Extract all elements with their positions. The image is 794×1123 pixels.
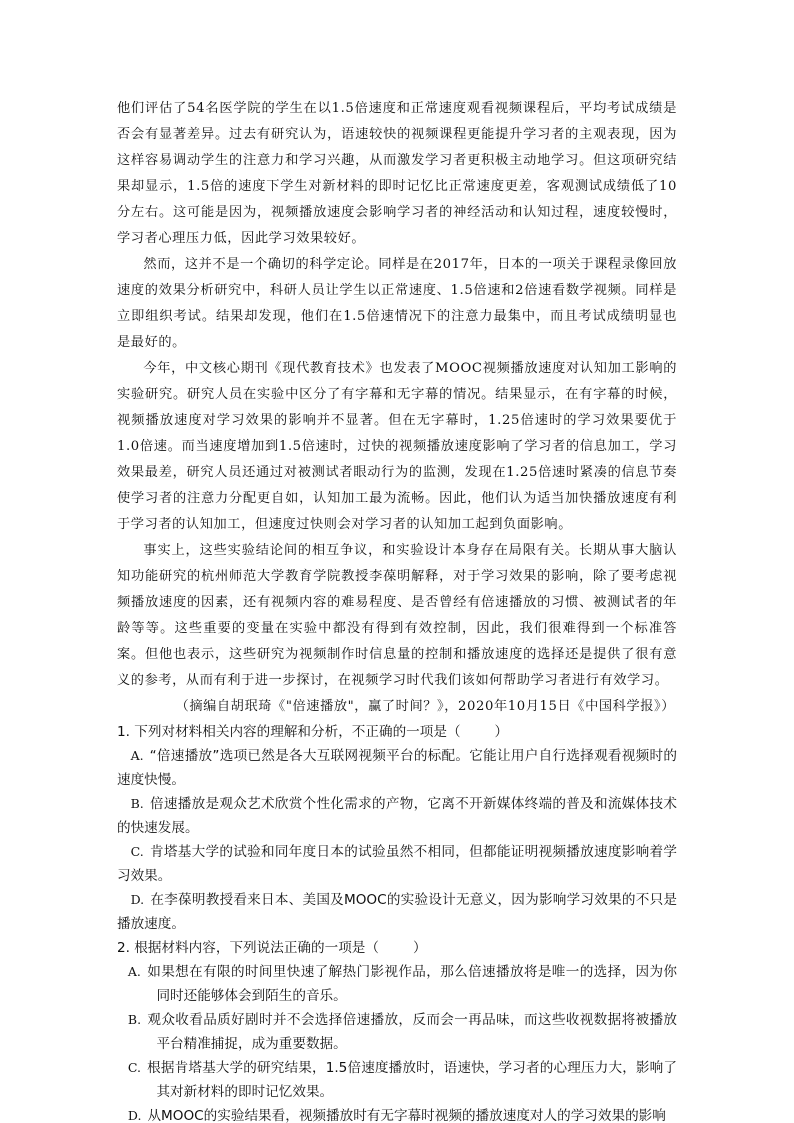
option-text: 肯塔基大学的试验和同年度日本的试验虽然不相同，但都能证明视频播放速度影响着学习效… xyxy=(117,844,677,884)
option-a: A.“倍速播放”选项已然是各大互联网视频平台的标配。它能让用户自行选择观看视频时… xyxy=(117,744,677,792)
questions-section: 1. 下列对材料相关内容的理解和分析，不正确的一项是（） A.“倍速播放”选项已… xyxy=(117,720,677,1123)
document-page: 他们评估了54名医学院的学生在以1.5倍速度和正常速度观看视频课程后，平均考试成… xyxy=(117,96,677,1123)
option-text: 在李葆明教授看来日本、美国及MOOC的实验设计无意义，因为影响学习效果的不只是播… xyxy=(117,892,677,932)
option-label: D. xyxy=(131,892,145,907)
option-label: B. xyxy=(131,796,144,811)
option-label: C. xyxy=(128,1060,141,1075)
option-d: D.在李葆明教授看来日本、美国及MOOC的实验设计无意义，因为影响学习效果的不只… xyxy=(117,888,677,936)
option-text: 倍速播放是观众艺术欣赏个性化需求的产物，它离不开新媒体终端的普及和流媒体技术的快… xyxy=(117,796,677,836)
option-c: C.根据肯塔基大学的研究结果，1.5倍速度播放时，语速快，学习者的心理压力大，影… xyxy=(117,1056,677,1104)
option-label: D. xyxy=(128,1108,142,1123)
option-b: B.观众收看品质好剧时并不会选择倍速播放，反而会一再品味，而这些收视数据将被播放… xyxy=(117,1008,677,1056)
passage-paragraph-3: 今年，中文核心期刊《现代教育技术》也发表了MOOC视频播放速度对认知加工影响的实… xyxy=(117,356,677,538)
option-text: “倍速播放”选项已然是各大互联网视频平台的标配。它能让用户自行选择观看视频时的速… xyxy=(117,748,677,788)
option-label: C. xyxy=(131,844,144,859)
question-1: 1. 下列对材料相关内容的理解和分析，不正确的一项是（） A.“倍速播放”选项已… xyxy=(117,720,677,936)
option-label: A. xyxy=(128,964,141,979)
option-text: 观众收看品质好剧时并不会选择倍速播放，反而会一再品味，而这些收视数据将被播放平台… xyxy=(147,1012,677,1052)
question-2: 2. 根据材料内容，下列说法正确的一项是（） A.如果想在有限的时间里快速了解热… xyxy=(117,936,677,1123)
passage-paragraph-1: 他们评估了54名医学院的学生在以1.5倍速度和正常速度观看视频课程后，平均考试成… xyxy=(117,96,677,252)
option-label: A. xyxy=(131,748,144,763)
option-a: A.如果想在有限的时间里快速了解热门影视作品，那么倍速播放将是唯一的选择，因为你… xyxy=(117,960,677,1008)
reading-passage: 他们评估了54名医学院的学生在以1.5倍速度和正常速度观看视频课程后，平均考试成… xyxy=(117,96,677,720)
passage-paragraph-2: 然而，这并不是一个确切的科学定论。同样是在2017年，日本的一项关于课程录像回放… xyxy=(117,252,677,356)
option-text: 如果想在有限的时间里快速了解热门影视作品，那么倍速播放将是唯一的选择，因为你同时… xyxy=(147,964,677,1004)
option-text: 从MOOC的实验结果看，视频播放时有无字幕时视频的播放速度对人的学习效果的影响 xyxy=(147,1108,665,1123)
passage-source-citation: （摘编自胡珉琦《"倍速播放"，赢了时间？》，2020年10月15日《中国科学报》… xyxy=(117,694,677,720)
option-label: B. xyxy=(128,1012,141,1027)
option-c: C.肯塔基大学的试验和同年度日本的试验虽然不相同，但都能证明视频播放速度影响着学… xyxy=(117,840,677,888)
passage-paragraph-4: 事实上，这些实验结论间的相互争议，和实验设计本身存在局限有关。长期从事大脑认知功… xyxy=(117,538,677,694)
option-d: D.从MOOC的实验结果看，视频播放时有无字幕时视频的播放速度对人的学习效果的影… xyxy=(117,1104,677,1123)
option-text: 根据肯塔基大学的研究结果，1.5倍速度播放时，语速快，学习者的心理压力大，影响了… xyxy=(147,1060,677,1100)
question-stem: 2. 根据材料内容，下列说法正确的一项是（） xyxy=(117,936,677,960)
question-stem: 1. 下列对材料相关内容的理解和分析，不正确的一项是（） xyxy=(117,720,677,744)
option-b: B.倍速播放是观众艺术欣赏个性化需求的产物，它离不开新媒体终端的普及和流媒体技术… xyxy=(117,792,677,840)
